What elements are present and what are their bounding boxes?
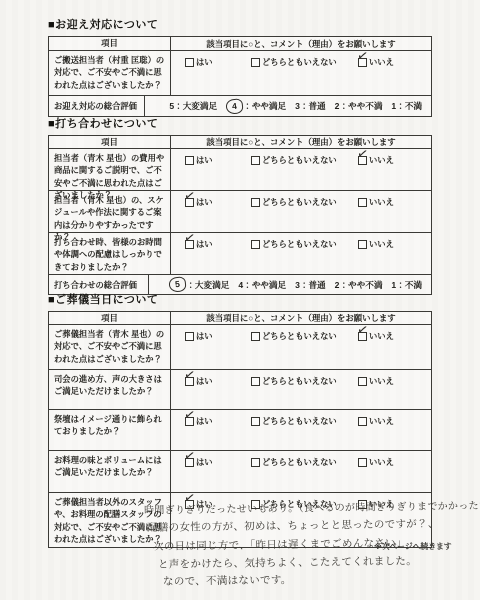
rating-label: お迎え対応の総合評価 — [49, 96, 145, 116]
checkbox-neutral[interactable]: どちらともいえない — [251, 238, 358, 250]
table-row: 司会の進め方、声の大きさはご満足いただけましたか？ ✓はい どちらともいえない … — [49, 369, 431, 409]
checkbox-no[interactable]: ✓いいえ — [358, 154, 394, 166]
checkbox-no[interactable]: いいえ — [358, 415, 394, 427]
section-heading: ■打ち合わせについて — [48, 117, 432, 132]
handwritten-check-icon: ✓ — [183, 368, 196, 383]
checkbox-no[interactable]: いいえ — [358, 196, 394, 208]
column-header-item: 項目 — [49, 37, 171, 50]
checkbox-neutral[interactable]: どちらともいえない — [251, 154, 358, 166]
checkbox-no[interactable]: いいえ — [358, 456, 394, 468]
handwritten-check-icon: ✓ — [183, 408, 196, 423]
checkbox-no[interactable]: いいえ — [358, 238, 394, 250]
handwritten-comment-line: なので、不満はないです。 — [163, 572, 292, 589]
handwritten-check-icon: ✓ — [356, 323, 369, 338]
question-label: ご搬送担当者（村重 匡聡）の対応で、ご不安やご不満に思われた点はございましたか？ — [49, 51, 171, 95]
circled-rating: 5 — [169, 276, 187, 293]
checkbox-neutral[interactable]: どちらともいえない — [251, 196, 358, 208]
handwritten-check-icon: ✓ — [183, 449, 196, 464]
section-pickup: ■お迎え対応について 項目 該当項目に○と、コメント（理由）をお願いします ご搬… — [48, 18, 432, 117]
checkbox-icon[interactable]: ✓ — [185, 458, 194, 467]
checkbox-icon[interactable]: ✓ — [185, 417, 194, 426]
checkbox-icon[interactable] — [251, 58, 260, 67]
column-header-item: 項目 — [49, 312, 171, 324]
handwritten-comment-line: と声をかけたら、気持ちよく、こたえてくれました。 — [158, 553, 417, 572]
section-heading: ■お迎え対応について — [48, 18, 432, 33]
rating-scale: 5：大変満足 4：やや満足 3：普通 2：やや不満 1：不満 — [149, 275, 431, 294]
checkbox-yes[interactable]: ✓はい — [185, 456, 251, 468]
checkbox-no[interactable]: ✓いいえ — [358, 330, 394, 342]
pickup-table: 項目 該当項目に○と、コメント（理由）をお願いします ご搬送担当者（村重 匡聡）… — [48, 36, 432, 117]
table-header-row: 項目 該当項目に○と、コメント（理由）をお願いします — [49, 37, 431, 50]
table-row: 担当者（青木 星也）の費用や商品に関するご説明で、ご不安やご不満に思われた点はご… — [49, 148, 431, 190]
rating-row: お迎え対応の総合評価 5：大変満足 4：やや満足 3：普通 2：やや不満 1：不… — [49, 95, 431, 116]
rating-row: 打ち合わせの総合評価 5：大変満足 4：やや満足 3：普通 2：やや不満 1：不… — [49, 274, 431, 294]
continued-note: ※次ページへ続きます — [374, 541, 452, 552]
question-label: 担当者（青木 星也）の費用や商品に関するご説明で、ご不安やご不満に思われた点はご… — [49, 149, 171, 190]
handwritten-check-icon: ✓ — [183, 231, 196, 246]
table-row: ご葬儀担当者（青木 星也）の対応で、ご不安やご不満に思われた点はございましたか？… — [49, 324, 431, 369]
checkbox-neutral[interactable]: どちらともいえない — [251, 375, 358, 387]
circled-rating: 4 — [225, 98, 243, 115]
checkbox-icon[interactable] — [358, 198, 367, 207]
checkbox-yes[interactable]: ✓はい — [185, 375, 251, 387]
table-header-row: 項目 該当項目に○と、コメント（理由）をお願いします — [49, 312, 431, 324]
checkbox-no[interactable]: ✓いいえ — [358, 56, 394, 68]
checkbox-icon[interactable]: ✓ — [358, 156, 367, 165]
table-row: 祭壇はイメージ通りに飾られておりましたか？ ✓はい どちらともいえない いいえ — [49, 409, 431, 450]
checkbox-yes[interactable]: ✓はい — [185, 415, 251, 427]
checkbox-icon[interactable] — [358, 458, 367, 467]
checkbox-icon[interactable]: ✓ — [358, 58, 367, 67]
checkbox-yes[interactable]: はい — [185, 154, 251, 166]
checkbox-icon[interactable] — [358, 377, 367, 386]
question-label: 担当者（青木 星也）の、スケジュールや作法に関するご案内は分かりやすかったですか… — [49, 191, 171, 232]
question-label: 祭壇はイメージ通りに飾られておりましたか？ — [49, 410, 171, 450]
section-meeting: ■打ち合わせについて 項目 該当項目に○と、コメント（理由）をお願いします 担当… — [48, 117, 432, 295]
column-header-item: 項目 — [49, 136, 171, 148]
handwritten-check-icon: ✓ — [356, 49, 369, 64]
checkbox-icon[interactable] — [185, 58, 194, 67]
checkbox-icon[interactable]: ✓ — [185, 240, 194, 249]
question-label: お料理の味とボリュームにはご満足いただけましたか？ — [49, 451, 171, 492]
column-header-answer: 該当項目に○と、コメント（理由）をお願いします — [171, 312, 431, 324]
question-label: 打ち合わせ時、皆様のお時間や体調への配慮はしっかりできておりましたか？ — [49, 233, 171, 274]
section-heading: ■ご葬儀当日について — [48, 293, 432, 308]
checkbox-icon[interactable] — [251, 240, 260, 249]
checkbox-neutral[interactable]: どちらともいえない — [251, 415, 358, 427]
handwritten-check-icon: ✓ — [183, 189, 196, 204]
checkbox-icon[interactable] — [358, 417, 367, 426]
checkbox-yes[interactable]: はい — [185, 330, 251, 342]
checkbox-icon[interactable] — [251, 417, 260, 426]
checkbox-icon[interactable] — [251, 198, 260, 207]
meeting-table: 項目 該当項目に○と、コメント（理由）をお願いします 担当者（青木 星也）の費用… — [48, 135, 432, 295]
table-row: 担当者（青木 星也）の、スケジュールや作法に関するご案内は分かりやすかったですか… — [49, 190, 431, 232]
checkbox-neutral[interactable]: どちらともいえない — [251, 56, 358, 68]
checkbox-neutral[interactable]: どちらともいえない — [251, 456, 358, 468]
checkbox-icon[interactable] — [251, 377, 260, 386]
checkbox-icon[interactable]: ✓ — [358, 332, 367, 341]
table-header-row: 項目 該当項目に○と、コメント（理由）をお願いします — [49, 136, 431, 148]
column-header-answer: 該当項目に○と、コメント（理由）をお願いします — [171, 136, 431, 148]
column-header-answer: 該当項目に○と、コメント（理由）をお願いします — [171, 37, 431, 50]
table-row: 打ち合わせ時、皆様のお時間や体調への配慮はしっかりできておりましたか？ ✓はい … — [49, 232, 431, 274]
checkbox-icon[interactable]: ✓ — [185, 198, 194, 207]
checkbox-neutral[interactable]: どちらともいえない — [251, 330, 358, 342]
rating-label: 打ち合わせの総合評価 — [49, 275, 149, 294]
checkbox-icon[interactable] — [251, 156, 260, 165]
checkbox-icon[interactable] — [185, 332, 194, 341]
checkbox-icon[interactable]: ✓ — [185, 377, 194, 386]
table-row: ご搬送担当者（村重 匡聡）の対応で、ご不安やご不満に思われた点はございましたか？… — [49, 50, 431, 95]
table-row: お料理の味とボリュームにはご満足いただけましたか？ ✓はい どちらともいえない … — [49, 450, 431, 492]
checkbox-no[interactable]: いいえ — [358, 375, 394, 387]
checkbox-icon[interactable] — [251, 458, 260, 467]
question-label: ご葬儀担当者（青木 星也）の対応で、ご不安やご不満に思われた点はございましたか？ — [49, 325, 171, 369]
checkbox-yes[interactable]: ✓はい — [185, 238, 251, 250]
handwritten-comment-line: 次の日は同じ方で、「昨日は遅くまでごめんなさい」 — [153, 535, 407, 554]
checkbox-icon[interactable] — [251, 332, 260, 341]
question-label: 司会の進め方、声の大きさはご満足いただけましたか？ — [49, 370, 171, 409]
checkbox-yes[interactable]: ✓はい — [185, 196, 251, 208]
rating-scale: 5：大変満足 4：やや満足 3：普通 2：やや不満 1：不満 — [145, 96, 431, 116]
checkbox-icon[interactable] — [185, 156, 194, 165]
checkbox-yes[interactable]: はい — [185, 56, 251, 68]
handwritten-check-icon: ✓ — [356, 147, 369, 162]
checkbox-icon[interactable] — [358, 240, 367, 249]
